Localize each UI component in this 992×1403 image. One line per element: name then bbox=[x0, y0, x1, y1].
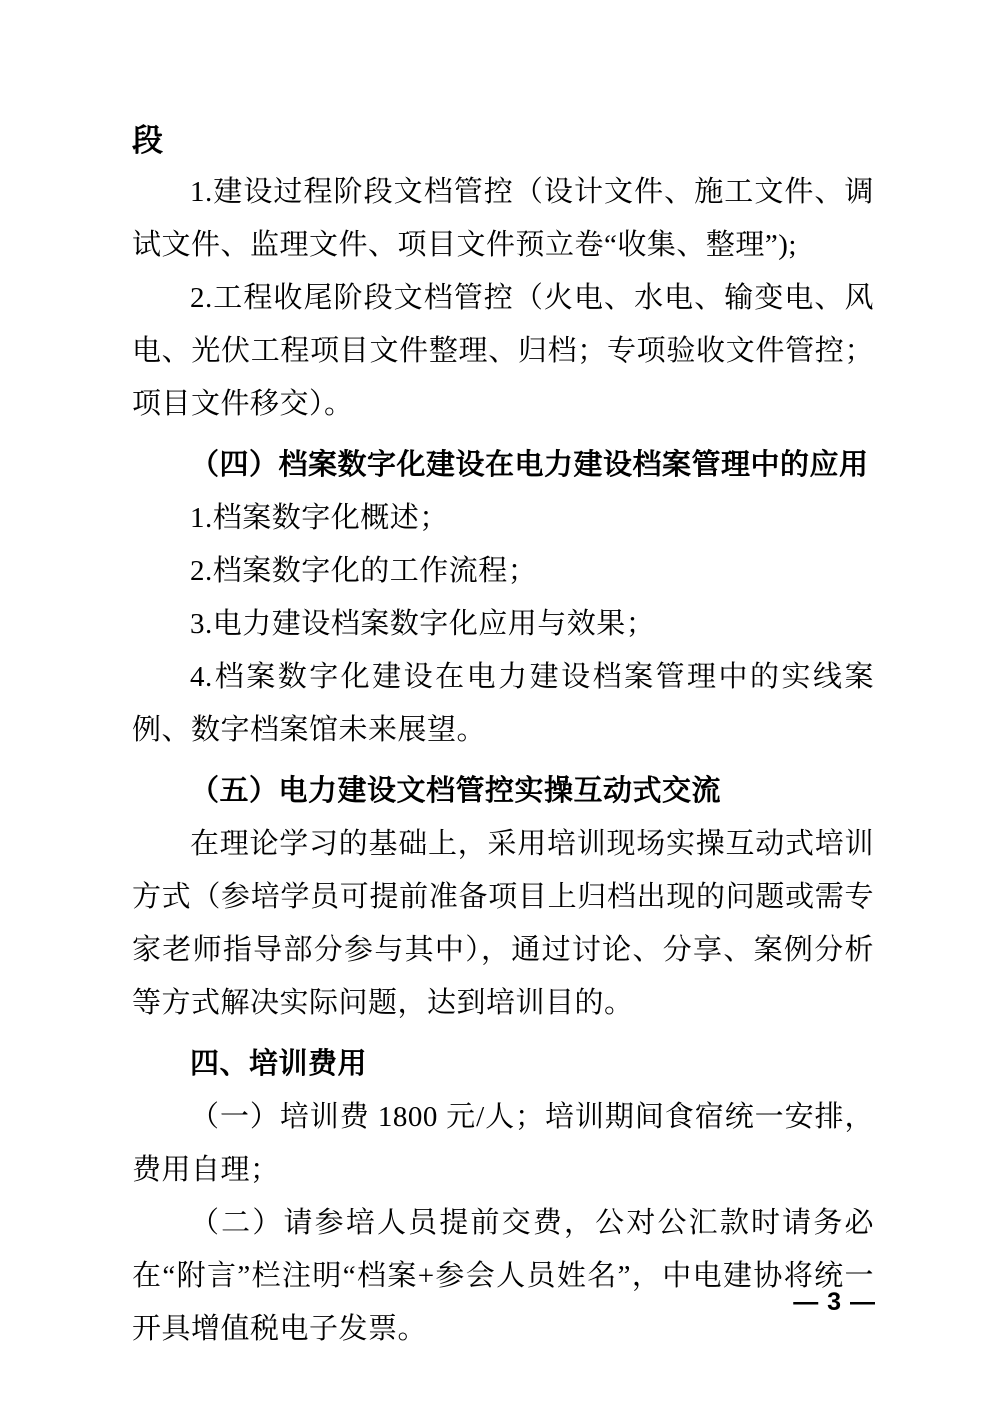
paragraph-digitization-overview: 1.档案数字化概述； bbox=[132, 492, 874, 545]
section-heading-digitization: （四）档案数字化建设在电力建设档案管理中的应用 bbox=[132, 439, 874, 492]
paragraph-digitization-cases: 4.档案数字化建设在电力建设档案管理中的实线案例、数字档案馆未来展望。 bbox=[132, 651, 874, 757]
section-heading-interactive-exchange: （五）电力建设文档管控实操互动式交流 bbox=[132, 765, 874, 818]
paragraph-fee-amount: （一）培训费 1800 元/人；培训期间食宿统一安排，费用自理； bbox=[132, 1091, 874, 1197]
paragraph-build-process-doc-control: 1.建设过程阶段文档管控（设计文件、施工文件、调试文件、监理文件、项目文件预立卷… bbox=[132, 166, 874, 272]
paragraph-fee-payment-instructions: （二）请参培人员提前交费，公对公汇款时请务必在“附言”栏注明“档案+参会人员姓名… bbox=[132, 1197, 874, 1356]
heading-continuation-fragment: 段 bbox=[132, 116, 874, 166]
paragraph-digitization-effect: 3.电力建设档案数字化应用与效果； bbox=[132, 598, 874, 651]
page-number: — 3 — bbox=[793, 1288, 876, 1317]
paragraph-digitization-workflow: 2.档案数字化的工作流程； bbox=[132, 545, 874, 598]
paragraph-closeout-doc-control: 2.工程收尾阶段文档管控（火电、水电、输变电、风电、光伏工程项目文件整理、归档；… bbox=[132, 272, 874, 431]
section-heading-training-fees: 四、培训费用 bbox=[132, 1038, 874, 1091]
paragraph-interactive-training: 在理论学习的基础上，采用培训现场实操互动式培训方式（参培学员可提前准备项目上归档… bbox=[132, 818, 874, 1030]
document-page: 段 1.建设过程阶段文档管控（设计文件、施工文件、调试文件、监理文件、项目文件预… bbox=[0, 0, 992, 1403]
document-content: 段 1.建设过程阶段文档管控（设计文件、施工文件、调试文件、监理文件、项目文件预… bbox=[132, 116, 874, 1356]
